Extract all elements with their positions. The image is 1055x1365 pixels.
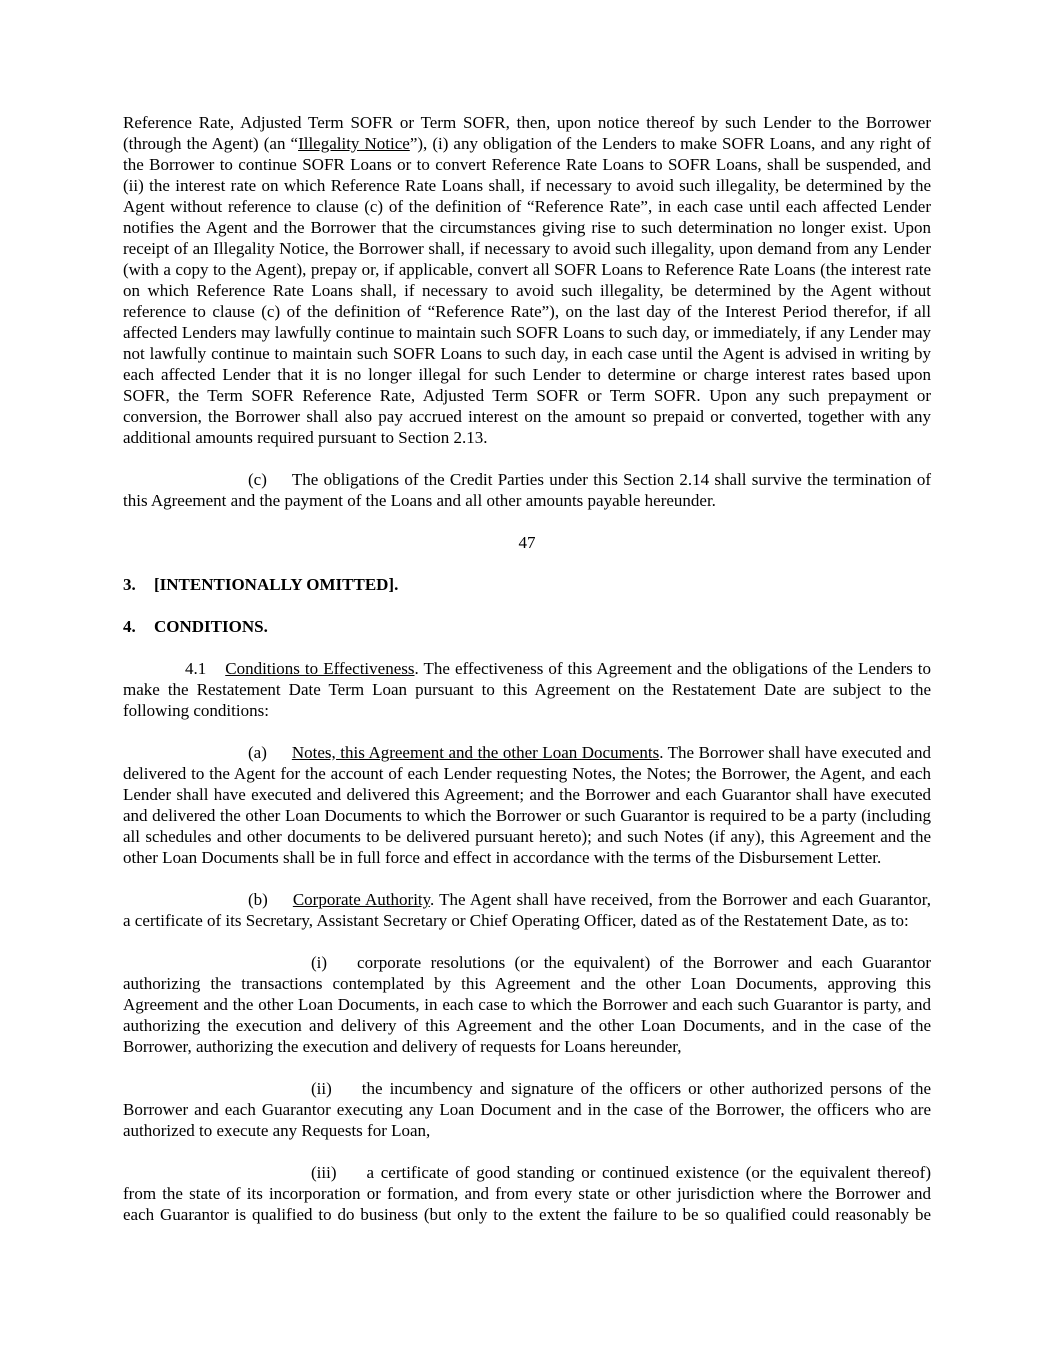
paragraph-text: . The Agent shall have received, from th… — [123, 890, 931, 930]
clause-label: 4.1 — [185, 659, 206, 678]
clause-title-underlined: Corporate Authority — [293, 890, 430, 909]
subsection-title-underlined: Conditions to Effectiveness — [225, 659, 414, 678]
clause-a-paragraph: (a)Notes, this Agreement and the other L… — [123, 742, 931, 868]
clause-label: (a) — [248, 743, 267, 762]
document-page: Reference Rate, Adjusted Term SOFR or Te… — [0, 0, 1055, 1365]
clause-label: (i) — [311, 953, 327, 972]
paragraph-text: a certificate of good standing or contin… — [123, 1163, 931, 1224]
section-number: 4. — [123, 616, 154, 637]
clause-b-paragraph: (b)Corporate Authority. The Agent shall … — [123, 889, 931, 931]
clause-label: (iii) — [311, 1163, 337, 1182]
roman-i-paragraph: (i)corporate resolutions (or the equival… — [123, 952, 931, 1057]
section-title: CONDITIONS. — [154, 617, 268, 636]
paragraph-text: corporate resolutions (or the equivalent… — [123, 953, 931, 1056]
section-title: [INTENTIONALLY OMITTED]. — [154, 575, 398, 594]
section-4-1-paragraph: 4.1Conditions to Effectiveness. The effe… — [123, 658, 931, 721]
section-number: 3. — [123, 574, 154, 595]
roman-ii-paragraph: (ii)the incumbency and signature of the … — [123, 1078, 931, 1141]
clause-title-underlined: Notes, this Agreement and the other Loan… — [292, 743, 659, 762]
paragraph-text: the incumbency and signature of the offi… — [123, 1079, 931, 1140]
section-3-heading: 3.[INTENTIONALLY OMITTED]. — [123, 574, 931, 595]
clause-c-paragraph: (c)The obligations of the Credit Parties… — [123, 469, 931, 511]
roman-iii-paragraph: (iii)a certificate of good standing or c… — [123, 1162, 931, 1225]
continuation-paragraph: Reference Rate, Adjusted Term SOFR or Te… — [123, 112, 931, 448]
clause-label: (ii) — [311, 1079, 332, 1098]
defined-term-illegality-notice: Illegality Notice — [298, 134, 410, 153]
clause-label: (c) — [248, 470, 267, 489]
page-number: 47 — [123, 532, 931, 553]
paragraph-text: ”), (i) any obligation of the Lenders to… — [123, 134, 931, 447]
section-4-heading: 4.CONDITIONS. — [123, 616, 931, 637]
paragraph-text: The obligations of the Credit Parties un… — [123, 470, 931, 510]
clause-label: (b) — [248, 890, 268, 909]
